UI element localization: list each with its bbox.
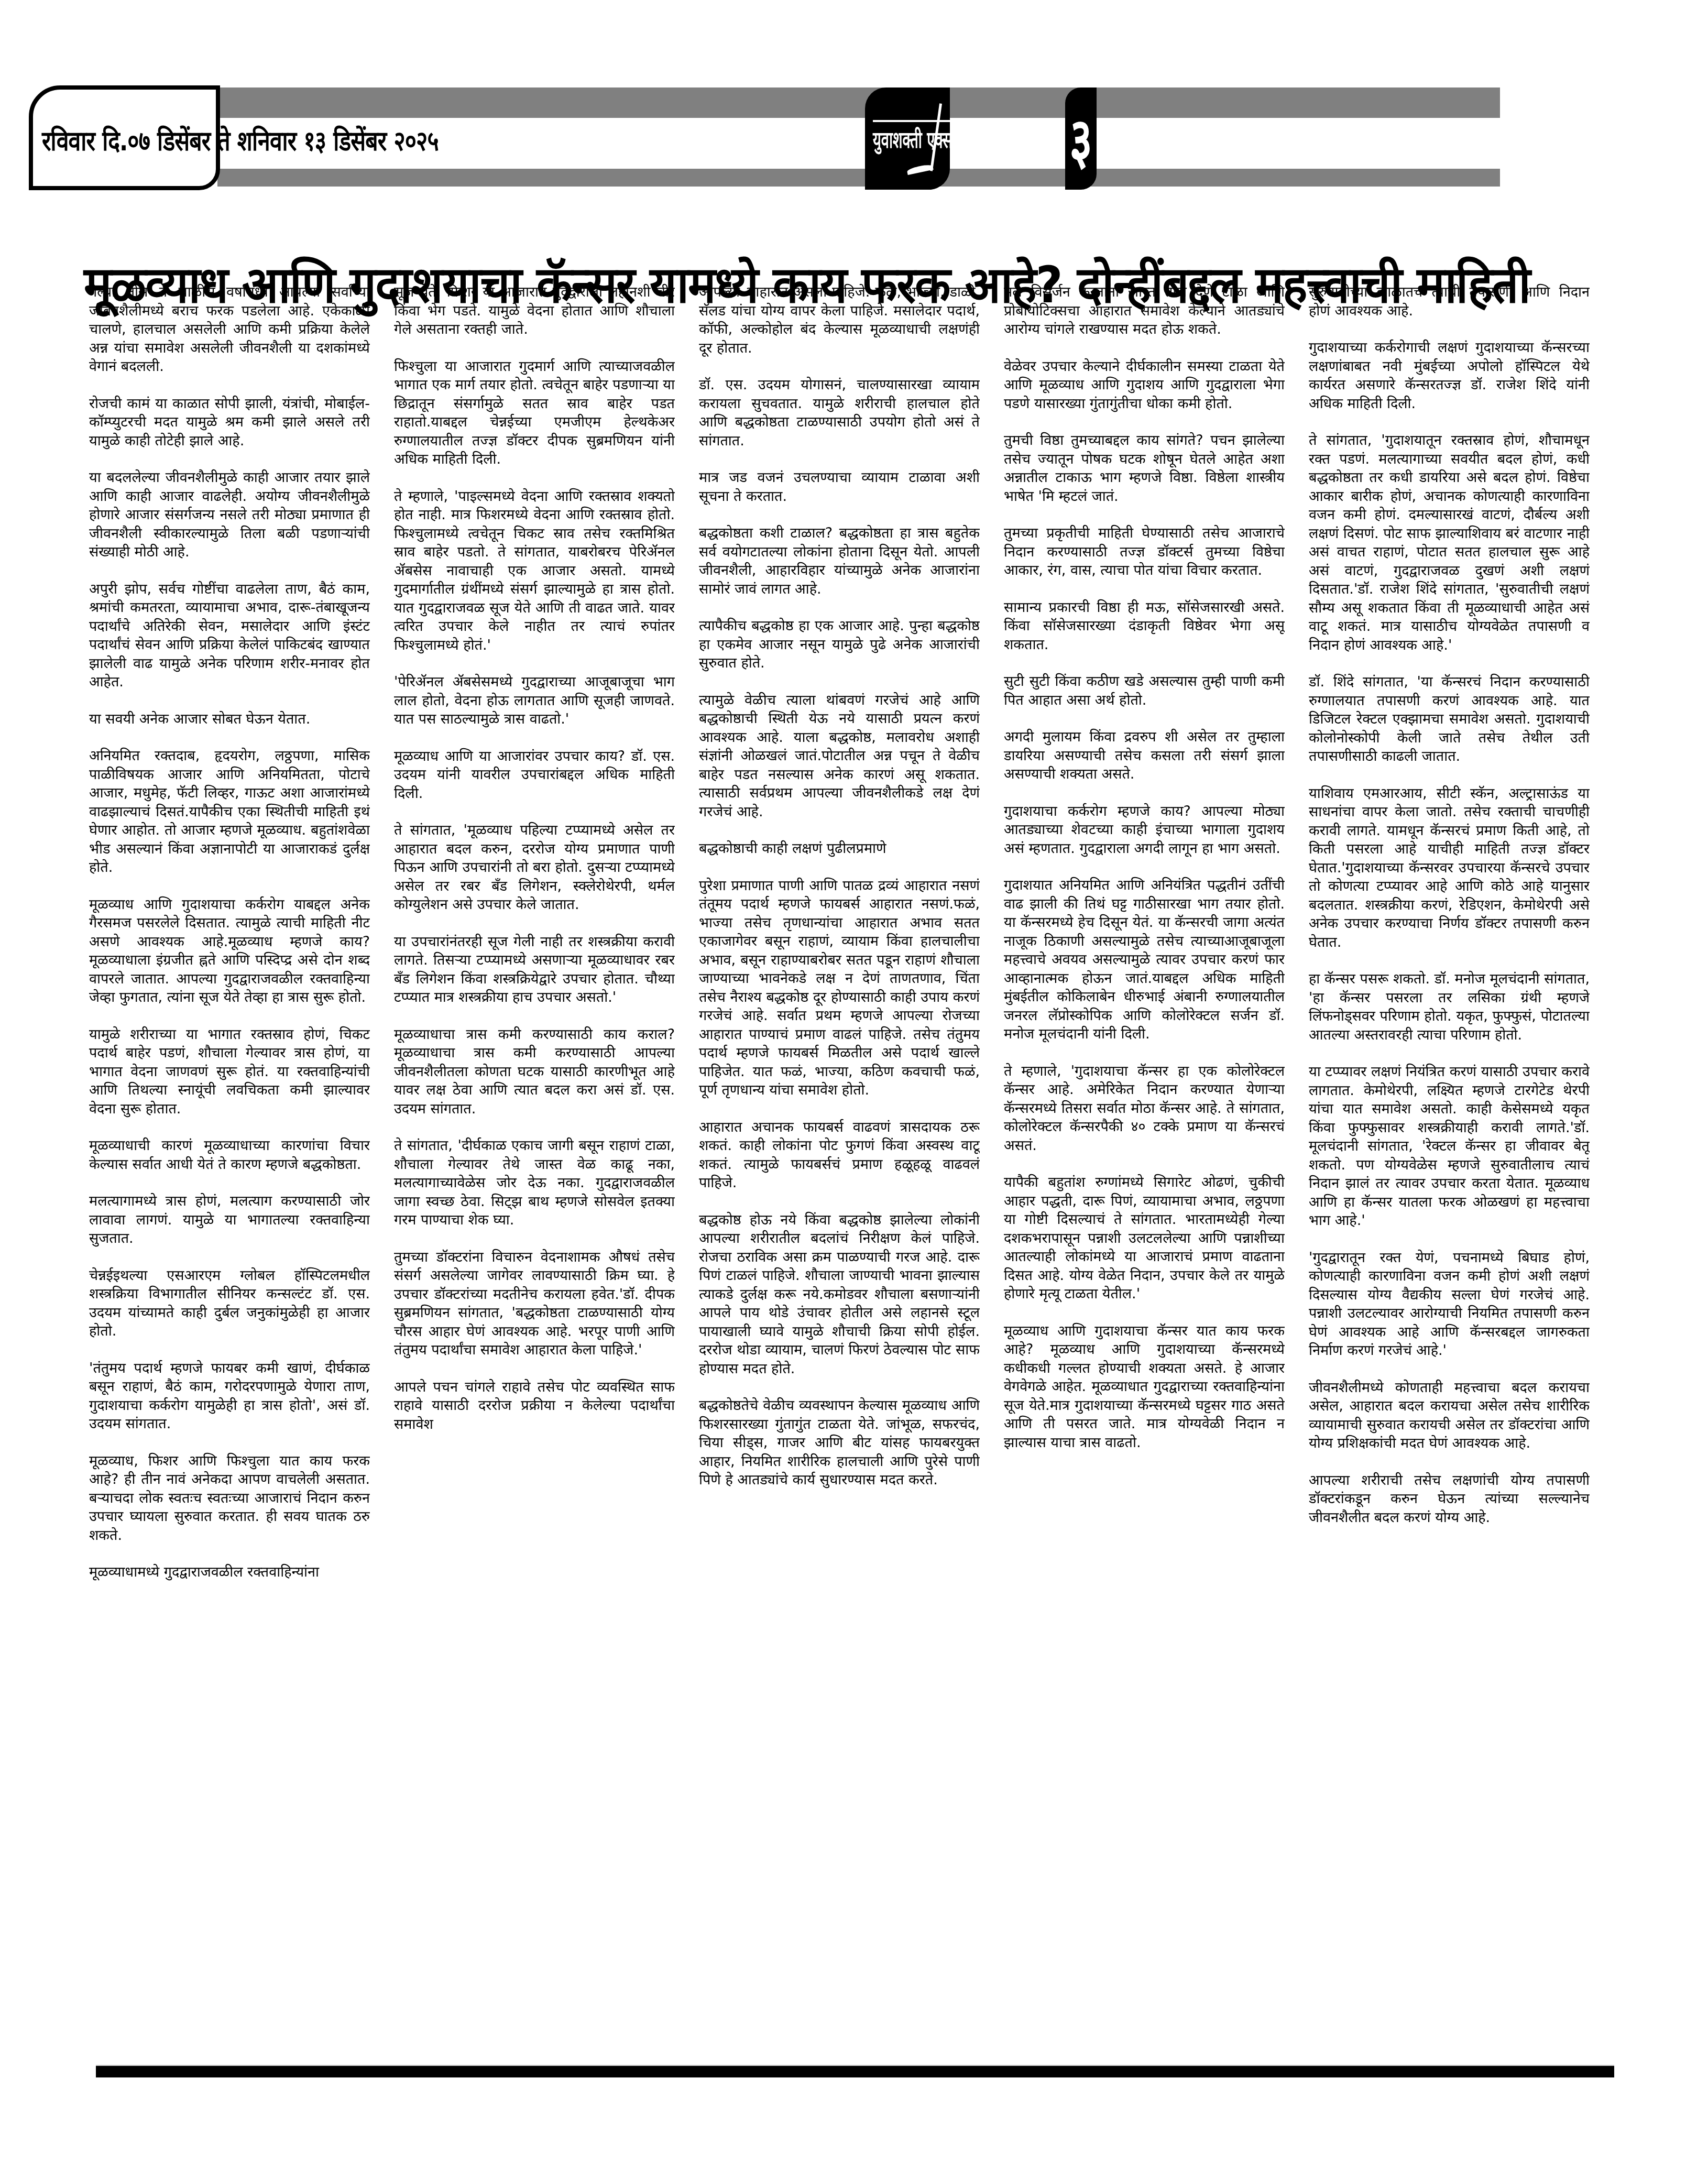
article-body: गेल्या तीस ते चाळीस वर्षांमध्ये आपल्या स… <box>89 283 1614 1965</box>
paragraph: सामान्य प्रकारची विष्ठा ही मऊ, सॉसेजसारख… <box>1004 598 1285 654</box>
paragraph: रोजची कामं या काळात सोपी झाली, यंत्रांची… <box>89 395 370 451</box>
paragraph: वेळेवर उपचार केल्याने दीर्घकालीन समस्या … <box>1004 357 1285 413</box>
paragraph: तुमची विष्ठा तुमच्याबद्दल काय सांगते? पच… <box>1004 431 1285 506</box>
paragraph: मूळव्याध आणि गुदाशयाचा कर्करोग याबद्दल अ… <box>89 895 370 1007</box>
paragraph: यापैकी बहुतांश रुग्णांमध्ये सिगारेट ओढणं… <box>1004 1173 1285 1304</box>
paragraph: गुदाशयात अनियमित आणि अनियंत्रित पद्धतीनं… <box>1004 876 1285 1044</box>
paragraph: मूळव्याधाचा त्रास कमी करण्यासाठी काय करा… <box>394 1025 675 1119</box>
paragraph: अपुरी झोप, सर्वच गोष्टींचा वाढलेला ताण, … <box>89 580 370 692</box>
paragraph: मलत्यागामध्ये त्रास होणं, मलत्याग करण्या… <box>89 1192 370 1248</box>
paragraph: मूळव्याधाची कारणं मूळव्याधाच्या कारणांचा… <box>89 1136 370 1174</box>
paragraph: आपल्या शरीराची तसेच लक्षणांची योग्य तपास… <box>1309 1471 1590 1527</box>
paragraph: पुरेशा प्रमाणात पाणी आणि पातळ द्रव्यं आह… <box>699 877 980 1100</box>
paragraph: ते म्हणाले, 'गुदाशयाचा कॅन्सर हा एक कोलो… <box>1004 1062 1285 1155</box>
footer-rule <box>96 2065 1614 2077</box>
paragraph: तुमच्या प्रकृतीची माहिती घेण्यासाठी तसेच… <box>1004 524 1285 580</box>
paragraph: ते म्हणाले, 'पाइल्समध्ये वेदना आणि रक्तस… <box>394 487 675 655</box>
article-column-4: मल विसर्जन करताना जास्त ताण देणे टाळा आण… <box>1004 283 1285 1965</box>
article-column-5: सुरुवातीच्या काळातच त्याची तपासणी आणि नि… <box>1309 283 1590 1965</box>
paragraph: त्यामुळे वेळीच त्याला थांबवणं गरजेचं आहे… <box>699 691 980 822</box>
paragraph: त्यापैकीच बद्धकोष्ठ हा एक आजार आहे. पुन्… <box>699 617 980 673</box>
masthead-band-top <box>220 87 1500 118</box>
paragraph: बद्धकोष्ठ होऊ नये किंवा बद्धकोष्ठ झालेल्… <box>699 1211 980 1379</box>
article-column-1: गेल्या तीस ते चाळीस वर्षांमध्ये आपल्या स… <box>89 283 370 1965</box>
page-number: ३ <box>1065 87 1097 190</box>
paragraph: या टप्प्यावर लक्षणं नियंत्रित करणं यासाठ… <box>1309 1063 1590 1230</box>
paragraph: यामुळे शरीराच्या या भागात रक्तस्राव होणं… <box>89 1025 370 1119</box>
paragraph: बद्धकोष्ठतेचे वेळीच व्यवस्थापन केल्यास म… <box>699 1396 980 1490</box>
paragraph: गुदाशयाच्या कर्करोगाची लक्षणं गुदाशयाच्य… <box>1309 338 1590 413</box>
paragraph: अनियमित रक्तदाब, हृदयरोग, लठ्ठपणा, मासिक… <box>89 747 370 877</box>
paragraph: बद्धकोष्ठता कशी टाळाल? बद्धकोष्ठता हा त्… <box>699 524 980 598</box>
article-column-2: सूज येते. फिशर या आजारात गुदद्वाराला लहा… <box>394 283 675 1965</box>
paragraph: आपले पचन चांगले राहावे तसेच पोट व्यवस्थि… <box>394 1378 675 1434</box>
paragraph: फिश्चुला या आजारात गुदमार्ग आणि त्याच्या… <box>394 357 675 469</box>
paragraph: आहारात अचानक फायबर्स वाढवणं त्रासदायक ठर… <box>699 1118 980 1193</box>
masthead: रविवार दि.०७ डिसेंबर ते शनिवार १३ डिसेंब… <box>0 0 1708 220</box>
paragraph: 'तंतुमय पदार्थ म्हणजे फायबर कमी खाणं, दी… <box>89 1359 370 1434</box>
newspaper-logo: युवाशक्ती एक्सप्रेस <box>865 87 950 190</box>
paragraph: डॉ. शिंदे सांगतात, 'या कॅन्सरचं निदान कर… <box>1309 673 1590 766</box>
paragraph: 'गुदद्वारातून रक्त येणं, पचनामध्ये बिघाड… <box>1309 1249 1590 1360</box>
ink-swoosh-icon <box>906 163 933 175</box>
paragraph: मात्र जड वजनं उचलण्याचा व्यायाम टाळावा अ… <box>699 468 980 506</box>
paragraph: ते सांगतात, 'मूळव्याध पहिल्या टप्प्यामध्… <box>394 821 675 914</box>
masthead-band-bottom <box>217 169 1500 187</box>
paragraph: या सवयी अनेक आजार सोबत घेऊन येतात. <box>89 710 370 729</box>
paragraph: सुरुवातीच्या काळातच त्याची तपासणी आणि नि… <box>1309 283 1590 320</box>
paragraph: या उपचारांनंतरही सूज गेली नाही तर शस्त्र… <box>394 933 675 1007</box>
paragraph: हा कॅन्सर पसरू शकतो. डॉ. मनोज मूलचंदानी … <box>1309 970 1590 1044</box>
article-column-3: आपल्या आहारात असला पाहिजे. फळे, भाज्या, … <box>699 283 980 1965</box>
paragraph: 'पेरिॲनल ॲबसेसमध्ये गुदद्वाराच्या आजूबाज… <box>394 673 675 729</box>
paragraph: मूळव्याधामध्ये गुदद्वाराजवळील रक्तवाहिन्… <box>89 1563 370 1582</box>
paragraph: ते सांगतात, 'गुदाशयातून रक्तस्राव होणं, … <box>1309 431 1590 654</box>
paragraph: गुदाशयाचा कर्करोग म्हणजे काय? आपल्या मोठ… <box>1004 802 1285 858</box>
paragraph: या बदललेल्या जीवनशैलीमुळे काही आजार तयार… <box>89 468 370 562</box>
paragraph: जीवनशैलीमध्ये कोणताही महत्त्वाचा बदल करा… <box>1309 1379 1590 1453</box>
paragraph: मूळव्याध आणि गुदाशयाचा कॅन्सर यात काय फर… <box>1004 1322 1285 1452</box>
paragraph: डॉ. एस. उदयम योगासनं, चालण्यासारखा व्याय… <box>699 376 980 450</box>
paragraph: मल विसर्जन करताना जास्त ताण देणे टाळा आण… <box>1004 283 1285 339</box>
paragraph: मूळव्याध, फिशर आणि फिश्चुला यात काय फरक … <box>89 1452 370 1545</box>
paragraph: ते सांगतात, 'दीर्घकाळ एकाच जागी बसून राह… <box>394 1136 675 1230</box>
paragraph: आपल्या आहारात असला पाहिजे. फळे, भाज्या, … <box>699 283 980 357</box>
paragraph: सूज येते. फिशर या आजारात गुदद्वाराला लहा… <box>394 283 675 339</box>
newspaper-name: युवाशक्ती एक्सप्रेस <box>873 120 970 155</box>
paragraph: अगदी मुलायम किंवा द्रवरुप शी असेल तर तुम… <box>1004 728 1285 784</box>
paragraph: चेन्नईइथल्या एसआरएम ग्लोबल हॉस्पिटलमधील … <box>89 1266 370 1341</box>
paragraph: मूळव्याध आणि या आजारांवर उपचार काय? डॉ. … <box>394 747 675 803</box>
issue-date: रविवार दि.०७ डिसेंबर ते शनिवार १३ डिसेंब… <box>42 122 439 159</box>
paragraph: गेल्या तीस ते चाळीस वर्षांमध्ये आपल्या स… <box>89 283 370 376</box>
paragraph: याशिवाय एमआरआय, सीटी स्कॅन, अल्ट्रासाऊंड… <box>1309 784 1590 952</box>
paragraph: तुमच्या डॉक्टरांना विचारुन वेदनाशामक औषध… <box>394 1248 675 1360</box>
paragraph: बद्धकोष्ठाची काही लक्षणं पुढीलप्रमाणे <box>699 839 980 858</box>
page-number-text: ३ <box>1069 96 1092 181</box>
paragraph: सुटी सुटी किंवा कठीण खडे असल्यास तुम्ही … <box>1004 672 1285 709</box>
